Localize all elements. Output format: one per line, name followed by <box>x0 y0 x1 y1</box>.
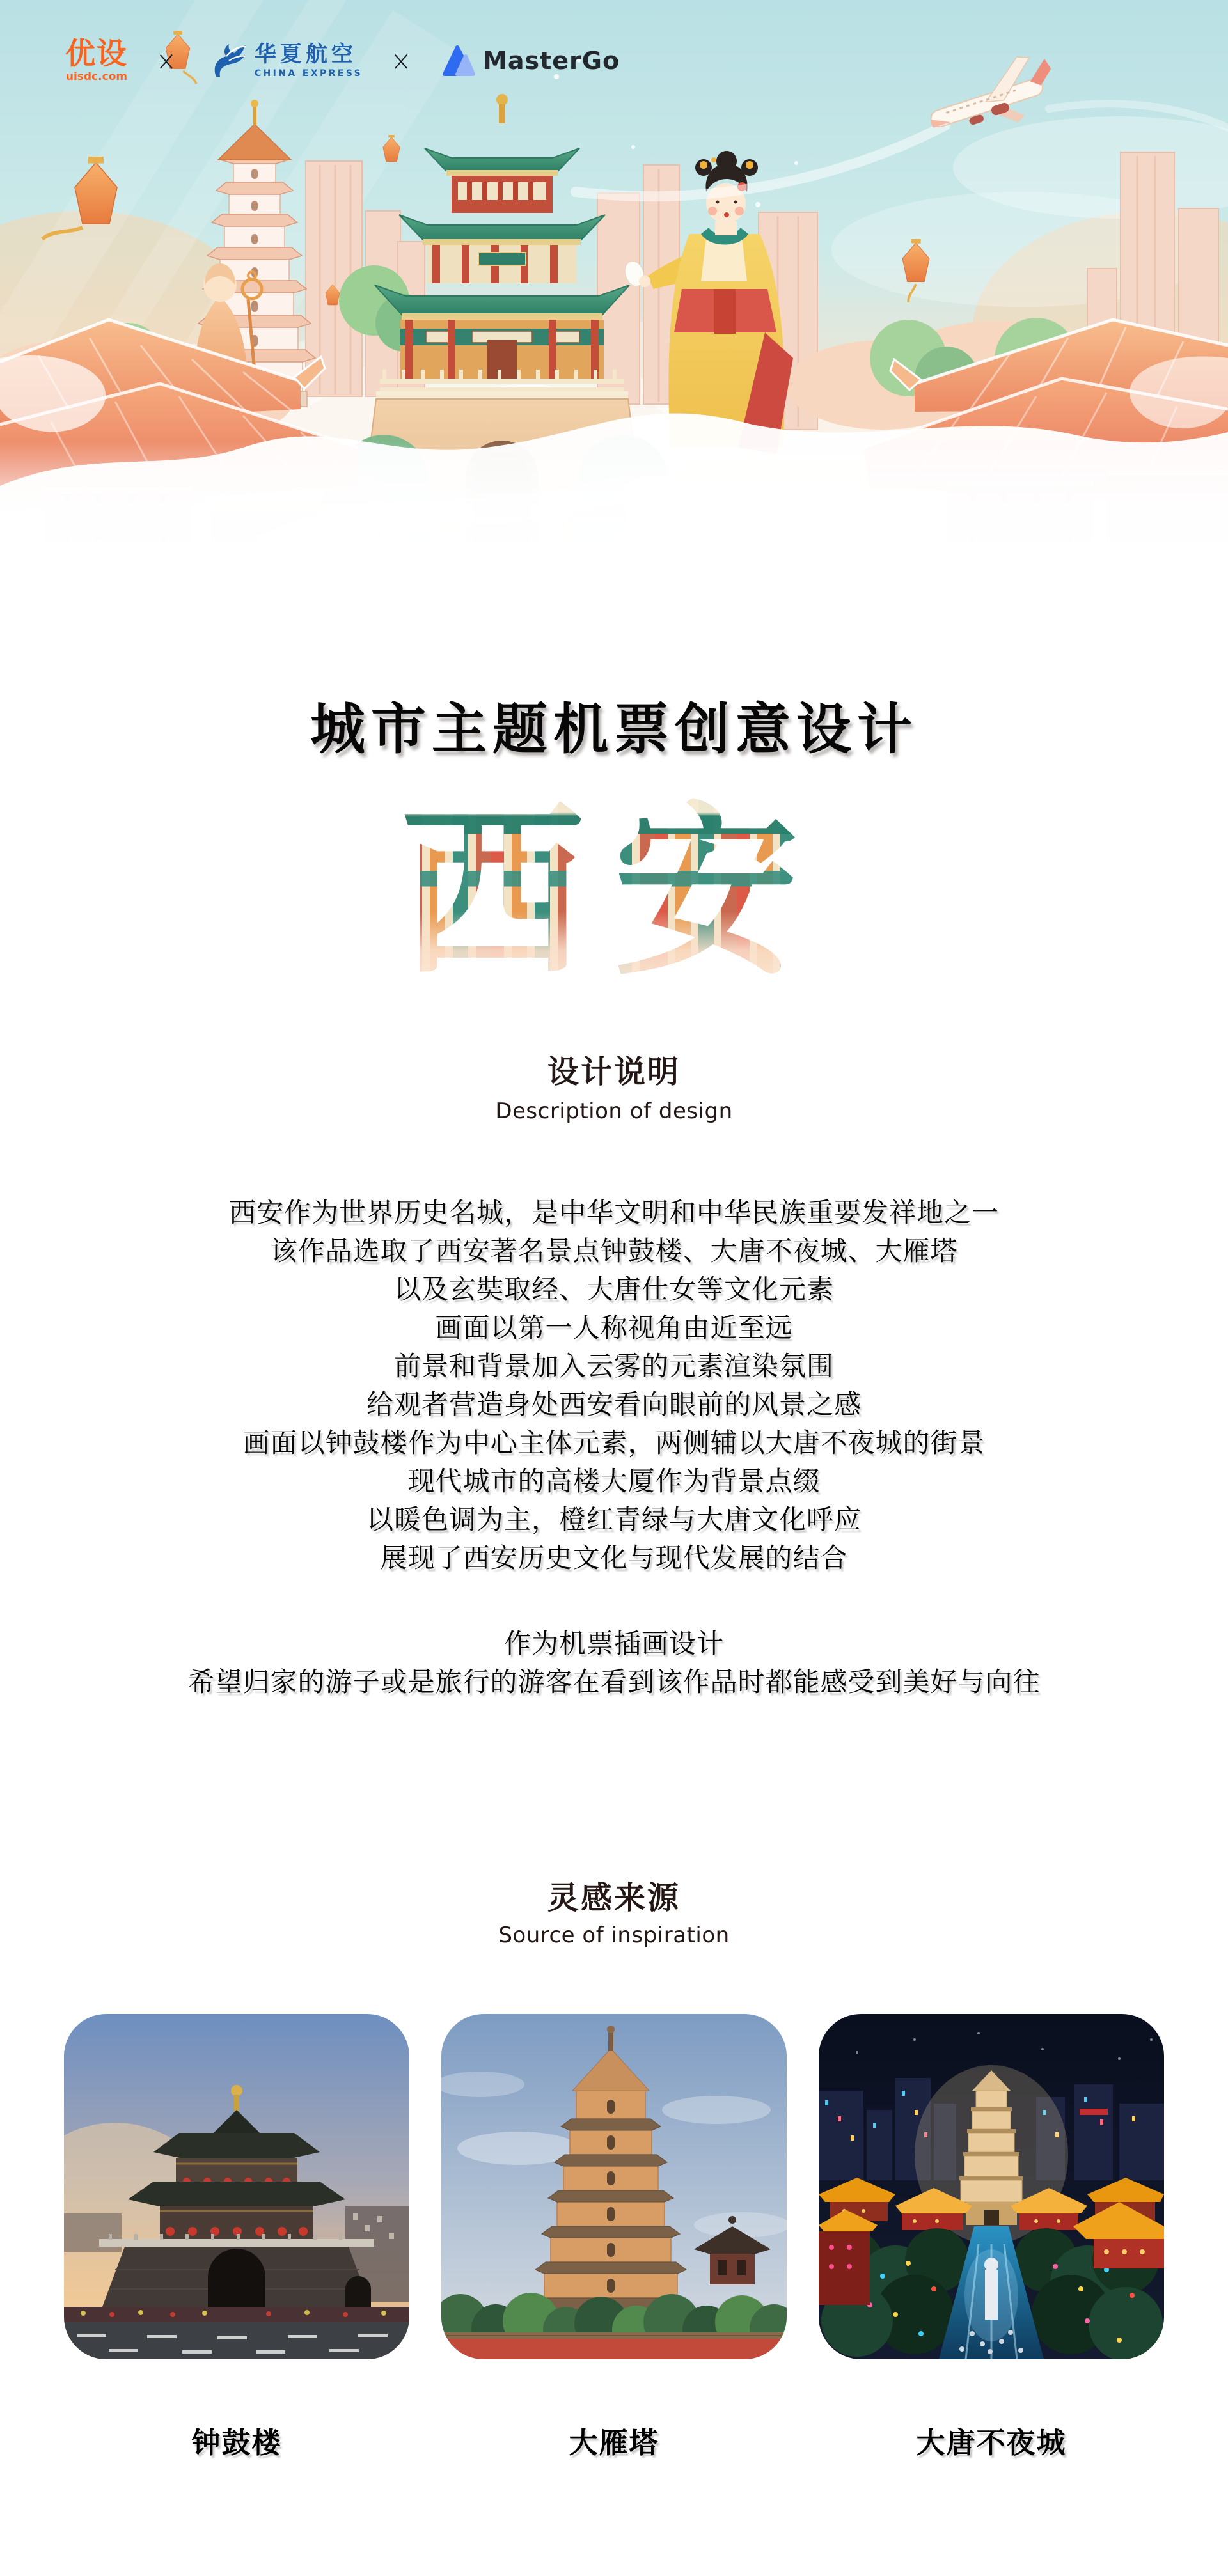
description-line: 希望归家的游子或是旅行的游客在看到该作品时都能感受到美好与向往 <box>0 1663 1228 1701</box>
caption-bell-tower: 钟鼓楼 <box>64 2419 409 2461</box>
page-title: 城市主题机票创意设计 <box>0 699 1228 760</box>
cross-separator-icon: × <box>391 45 411 77</box>
inspiration-heading-cn: 灵感来源 <box>0 1882 1228 1914</box>
description-line: 该作品选取了西安著名景点钟鼓楼、大唐不夜城、大雁塔 <box>0 1232 1228 1270</box>
photo-bell-tower <box>64 2014 409 2359</box>
photo-datang-night <box>819 2014 1164 2359</box>
description-line: 西安作为世界历史名城，是中华文明和中华民族重要发祥地之一 <box>0 1194 1228 1232</box>
description-line: 以暖色调为主，橙红青绿与大唐文化呼应 <box>0 1501 1228 1539</box>
photo-captions: 钟鼓楼 大雁塔 大唐不夜城 <box>64 2419 1164 2461</box>
uisdc-domain: uisdc.com <box>66 72 127 82</box>
description-body: 西安作为世界历史名城，是中华文明和中华民族重要发祥地之一 该作品选取了西安著名景… <box>0 1194 1228 1701</box>
description-heading-cn: 设计说明 <box>0 1056 1228 1088</box>
city-art-text: 西安 <box>0 795 1228 990</box>
china-express-name: 华夏航空 <box>255 43 363 65</box>
mastergo-logo: MasterGo <box>439 42 620 79</box>
brand-bar: 优设 uisdc.com × 华夏航空 CHINA EXPRESS × Mast… <box>65 33 620 88</box>
china-express-bird-icon <box>205 40 247 82</box>
photo-wild-goose-pagoda <box>441 2014 787 2359</box>
description-line: 画面以钟鼓楼作为中心主体元素，两侧辅以大唐不夜城的街景 <box>0 1424 1228 1462</box>
description-line: 给观者营造身处西安看向眼前的风景之感 <box>0 1386 1228 1424</box>
inspiration-heading-en: Source of inspiration <box>0 1924 1228 1946</box>
description-heading-en: Description of design <box>0 1100 1228 1122</box>
description-line: 前景和背景加入云雾的元素渲染氛围 <box>0 1347 1228 1386</box>
description-line: 以及玄奘取经、大唐仕女等文化元素 <box>0 1270 1228 1309</box>
uisdc-logo: 优设 uisdc.com <box>65 39 128 82</box>
description-closing: 作为机票插画设计 希望归家的游子或是旅行的游客在看到该作品时都能感受到美好与向往 <box>0 1625 1228 1701</box>
caption-wild-goose-pagoda: 大雁塔 <box>441 2419 787 2461</box>
inspiration-photos <box>64 2014 1164 2359</box>
description-line: 现代城市的高楼大厦作为背景点缀 <box>0 1462 1228 1501</box>
china-express-logo: 华夏航空 CHINA EXPRESS <box>205 40 363 82</box>
description-line: 展现了西安历史文化与现代发展的结合 <box>0 1539 1228 1577</box>
poster-page: 优设 uisdc.com × 华夏航空 CHINA EXPRESS × Mast… <box>0 0 1228 2576</box>
mastergo-mark-icon <box>439 42 476 79</box>
mastergo-name: MasterGo <box>483 47 620 75</box>
description-line: 作为机票插画设计 <box>0 1625 1228 1663</box>
china-express-tagline: CHINA EXPRESS <box>255 69 363 78</box>
cross-separator-icon: × <box>156 45 177 77</box>
uisdc-logo-text: 优设 <box>65 39 128 69</box>
description-line: 画面以第一人称视角由近至远 <box>0 1309 1228 1347</box>
caption-datang-night: 大唐不夜城 <box>819 2419 1164 2461</box>
